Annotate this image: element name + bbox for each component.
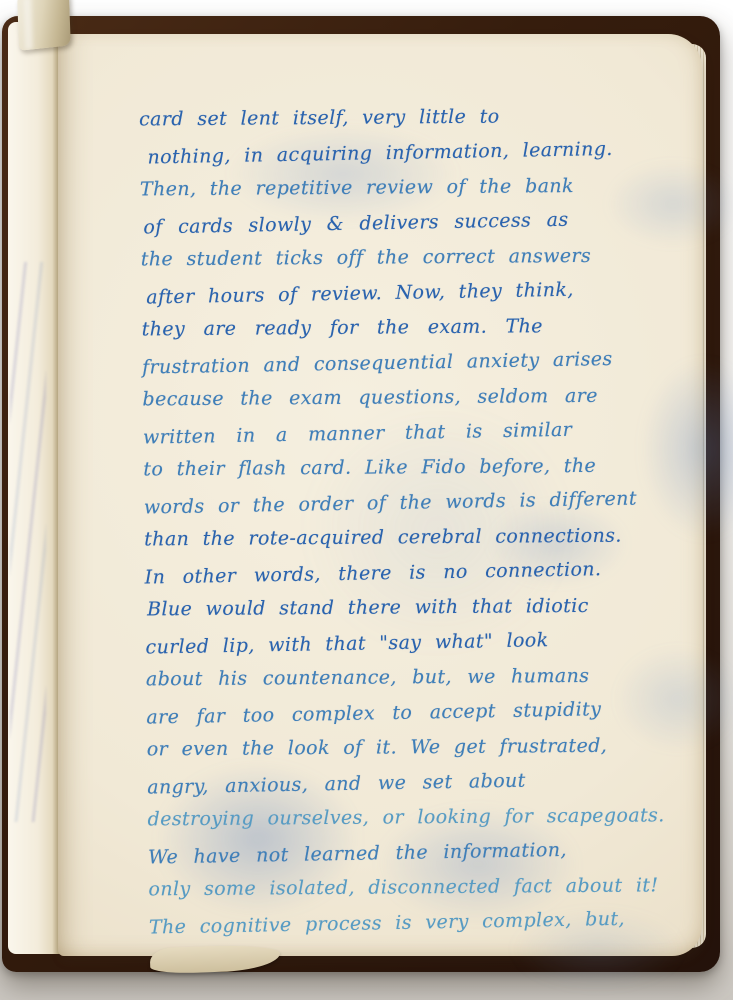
notebook-page: card set lent itself, very little to not… [58, 34, 702, 956]
ink-bleedthrough-marks [10, 262, 46, 822]
photo-background: card set lent itself, very little to not… [0, 0, 733, 1000]
handwriting-block: card set lent itself, very little to not… [139, 96, 733, 943]
previous-page-edge [8, 22, 62, 954]
bookmark-ribbon [17, 0, 71, 51]
